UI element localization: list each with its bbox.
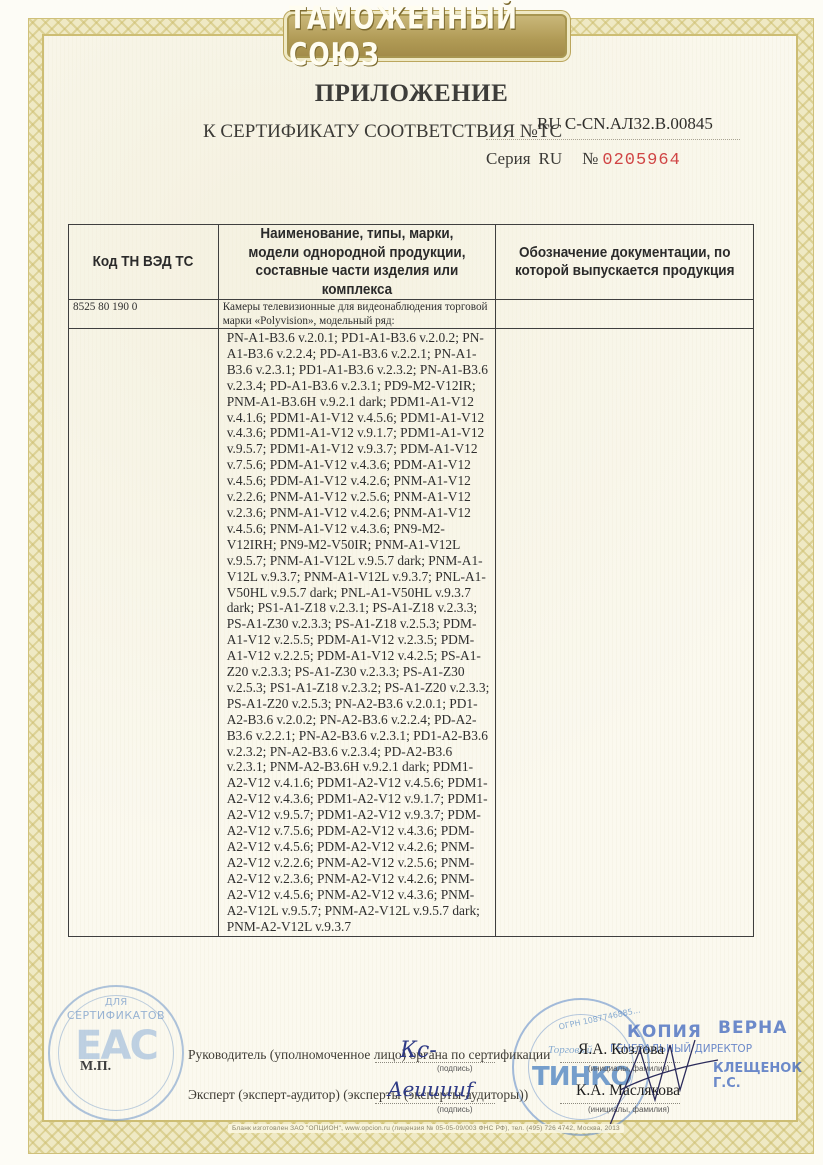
table-header-row: Код ТН ВЭД ТС Наименование, типы, марки,… <box>69 225 754 300</box>
serial-number: 0205964 <box>602 151 680 170</box>
expert-signature: Aeuuuuf <box>388 1077 473 1101</box>
printer-note: Бланк изготовлен ЗАО "ОПЦИОН", www.opcio… <box>228 1124 624 1133</box>
column-header-text: Наименование, типы, марки, модели одноро… <box>236 225 477 299</box>
seal-place-label: М.П. <box>80 1059 111 1075</box>
copy-stamp-line: ВЕРНА <box>718 1018 787 1038</box>
series-value: RU <box>539 149 563 168</box>
column-header-text: Код ТН ВЭД ТС <box>93 253 194 272</box>
hs-code-cell <box>69 329 219 937</box>
signature-caption: (подпись) <box>437 1064 473 1073</box>
banner-text: ТАМОЖЕННЫЙ СОЮЗ <box>289 0 565 72</box>
copy-stamp-line: КЛЕЩЕНОК Г.С. <box>713 1061 823 1091</box>
stamp-text: СЕРТИФИКАТОВ <box>50 1009 182 1022</box>
certificate-number: RU C-CN.АЛ32.B.00845 <box>537 114 713 134</box>
column-header-documentation: Обозначение документации, по которой вып… <box>495 225 753 300</box>
head-signature: Кс- <box>400 1038 437 1063</box>
documentation-cell <box>495 300 753 329</box>
column-header-name: Наименование, типы, марки, модели одноро… <box>218 225 495 300</box>
number-label: № <box>582 149 598 168</box>
page-title: ПРИЛОЖЕНИЕ <box>0 80 823 108</box>
table-row: 8525 80 190 0 Камеры телевизионные для в… <box>69 300 754 329</box>
eac-mark-icon: ЕАС <box>50 1023 182 1069</box>
model-list-cell: PN-A1-B3.6 v.2.0.1; PD1-A1-B3.6 v.2.0.2;… <box>218 329 495 937</box>
table-row: PN-A1-B3.6 v.2.0.1; PD1-A1-B3.6 v.2.0.2;… <box>69 329 754 937</box>
products-table: Код ТН ВЭД ТС Наименование, типы, марки,… <box>68 224 754 937</box>
hs-code-cell: 8525 80 190 0 <box>69 300 219 329</box>
documentation-cell <box>495 329 753 937</box>
expert-label: Эксперт (эксперт-аудитор) (эксперты (экс… <box>188 1087 528 1103</box>
series-block: СерияRU№0205964 <box>486 149 681 170</box>
series-label: Серия <box>486 149 531 168</box>
customs-union-banner: ТАМОЖЕННЫЙ СОЮЗ <box>287 14 567 58</box>
certificate-number-underline <box>486 139 740 140</box>
column-header-text: Обозначение документации, по которой вып… <box>512 244 736 281</box>
eac-seal-stamp: ДЛЯ СЕРТИФИКАТОВ ЕАС <box>48 985 184 1121</box>
column-header-code: Код ТН ВЭД ТС <box>69 225 219 300</box>
product-description-cell: Камеры телевизионные для видеонаблюдения… <box>218 300 495 329</box>
signature-line <box>375 1062 495 1063</box>
stamp-text: ДЛЯ <box>50 997 182 1008</box>
signature-caption: (подпись) <box>437 1105 473 1114</box>
signature-line <box>375 1103 495 1104</box>
head-of-certification-label: Руководитель (уполномоченное лицо) орган… <box>188 1047 550 1063</box>
